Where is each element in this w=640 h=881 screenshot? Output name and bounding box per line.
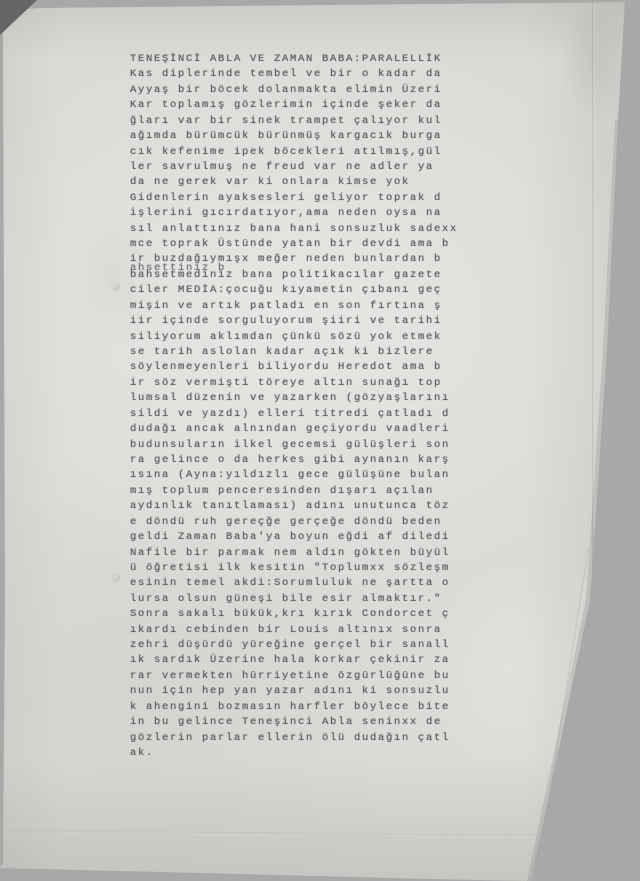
text-line: ğları var bir sinek trampet çalıyor kul — [130, 114, 475, 129]
text-line: siliyorum aklımdan çünkü sözü yok etmek — [130, 330, 475, 345]
text-line: iir içinde sorguluyorum şiiri ve tarihi — [130, 314, 475, 329]
text-line: e döndü ruh gereçğe gerçeğe döndü beden — [130, 515, 475, 530]
text-line: ra gelince o da herkes gibi aynanın karş — [130, 453, 475, 468]
text-line: ir söz vermişti töreye altın sunağı top — [130, 376, 475, 391]
fold-crease-horizontal — [0, 848, 640, 853]
text-line: ısına (Ayna:yıldızlı gece gülüşüne bulan — [130, 468, 475, 483]
text-line: Kar toplamış gözlerimin içinde şeker da — [130, 98, 475, 113]
text-line: budunsuların ilkel gecemsi gülüşleri son — [130, 438, 475, 453]
text-line: in bu gelince Teneşinci Abla seninxx de — [130, 715, 475, 730]
text-line: Gidenlerin ayaksesleri geliyor toprak d — [130, 191, 475, 206]
punch-hole-bottom — [111, 573, 120, 582]
text-line: ü öğretisi ilk kesitin "Toplumxx sözleşm — [130, 561, 475, 576]
text-line: nun için hep yan yazar adını ki sonsuzlu — [130, 684, 475, 699]
text-line: Kas diplerinde tembel ve bir o kadar da — [130, 67, 475, 82]
text-line: mce toprak Üstünde yatan bir devdi ama b — [130, 237, 475, 252]
text-line: ler savrulmuş ne freud var ne adler ya — [130, 160, 475, 175]
text-line: mişin ve artık patladı en son fırtına ş — [130, 299, 475, 314]
scanned-page: TENEŞİNCİ ABLA VE ZAMAN BABA:PARALELLİKK… — [0, 0, 640, 881]
text-line: esinin temel akdi:Sorumluluk ne şartta o — [130, 576, 475, 591]
text-line: lumsal düzenin ve yazarken (gözyaşlarını — [130, 391, 475, 406]
text-line: Nafile bir parmak nem aldın gökten büyül — [130, 546, 475, 561]
text-line: ak. — [130, 746, 475, 761]
text-line: aydınlık tanıtlaması) adını unutunca töz — [130, 499, 475, 514]
text-line: lursa olsun güneşi bile esir almaktır." — [130, 592, 475, 607]
text-line: ağımda bürümcük bürünmüş kargacık burga — [130, 129, 475, 144]
text-line: ıkardı cebinden bir Louis altınıx sonra — [130, 623, 475, 638]
text-line: geldi Zaman Baba'ya boyun eğdi af diledi — [130, 530, 475, 545]
text-line: da ne gerek var ki onlara kimse yok — [130, 175, 475, 190]
text-line: k ahengini bozmasın harfler böylece bite — [130, 700, 475, 715]
text-line: cık kefenime ipek böcekleri atılmış,gül — [130, 145, 475, 160]
text-line: mış toplum penceresinden dışarı açılan — [130, 484, 475, 499]
text-line: ciler MEDİA:çocuğu kıyametin çıbanı geç — [130, 283, 475, 298]
typewritten-text: TENEŞİNCİ ABLA VE ZAMAN BABA:PARALELLİKK… — [130, 52, 475, 761]
text-line: zehri düşürdü yüreğine gerçel bir sanall — [130, 638, 475, 653]
text-line: sildi ve yazdı) elleri titredi çatladı d — [130, 407, 475, 422]
text-line: se tarih aslolan kadar açık ki bizlere — [130, 345, 475, 360]
overtype-fragment: ahsettiniz b — [130, 262, 226, 274]
text-line: söylenmeyenleri biliyordu Heredot ama b — [130, 360, 475, 375]
text-line: rar vermekten hürriyetine özgürlüğüne bu — [130, 669, 475, 684]
text-line: işlerini gıcırdatıyor,ama neden oysa na — [130, 206, 475, 221]
punch-hole-top — [111, 282, 120, 291]
text-line: Sonra sakalı bükük,krı kırık Condorcet ç — [130, 607, 475, 622]
text-line: dudağı ancak alnından geçiyordu vaadleri — [130, 422, 475, 437]
paper-sheet: TENEŞİNCİ ABLA VE ZAMAN BABA:PARALELLİKK… — [0, 0, 640, 881]
text-line: ık sardık Üzerine hala korkar çekinir za — [130, 653, 475, 668]
paper-stain — [560, 0, 630, 120]
text-line: Ayyaş bir böcek dolanmakta elimin Üzeri — [130, 83, 475, 98]
text-line: sıl anlattınız bana hani sonsuzluk sadex… — [130, 222, 475, 237]
text-line: gözlerin parlar ellerin ölü dudağın çatl — [130, 731, 475, 746]
fold-crease-vertical — [592, 0, 595, 660]
text-line: TENEŞİNCİ ABLA VE ZAMAN BABA:PARALELLİK — [130, 52, 475, 67]
